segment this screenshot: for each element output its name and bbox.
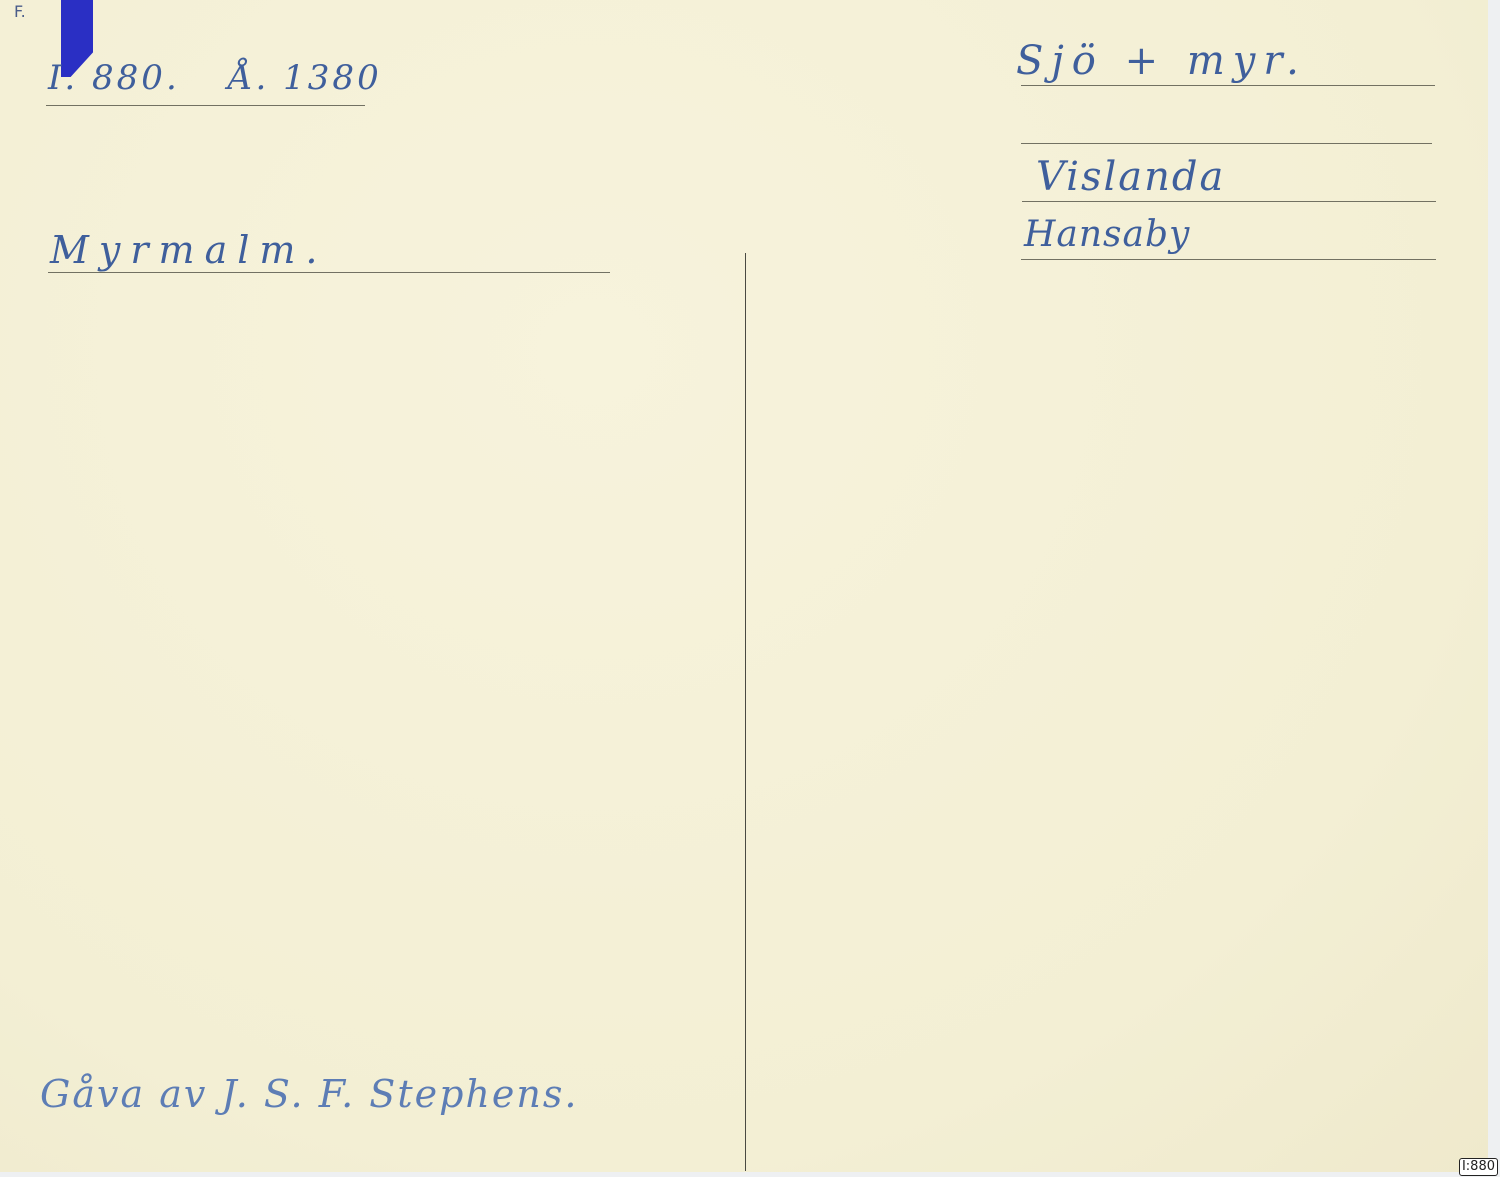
parish-name: Vislanda	[1036, 154, 1225, 200]
reference-rule	[46, 105, 365, 106]
reference-number: I. 880.	[48, 58, 180, 98]
parish-rule	[1022, 201, 1436, 202]
corner-mark: F.	[14, 2, 26, 21]
locality-rule	[1021, 259, 1436, 260]
archive-card: F. I. 880. Å. 1380 Myrmalm. Sjö + myr. V…	[0, 0, 1488, 1172]
catalog-stamp: I:880	[1459, 1158, 1498, 1176]
accession-number: Å. 1380	[228, 58, 382, 98]
donor-note: Gåva av J. S. F. Stephens.	[40, 1072, 578, 1116]
object-title: Myrmalm.	[50, 228, 328, 272]
blank-rule	[1021, 143, 1432, 144]
category-rule	[1021, 85, 1435, 86]
locality-name: Hansaby	[1024, 214, 1190, 255]
title-rule	[48, 272, 610, 273]
find-category: Sjö + myr.	[1016, 38, 1307, 84]
column-divider	[745, 253, 746, 1171]
